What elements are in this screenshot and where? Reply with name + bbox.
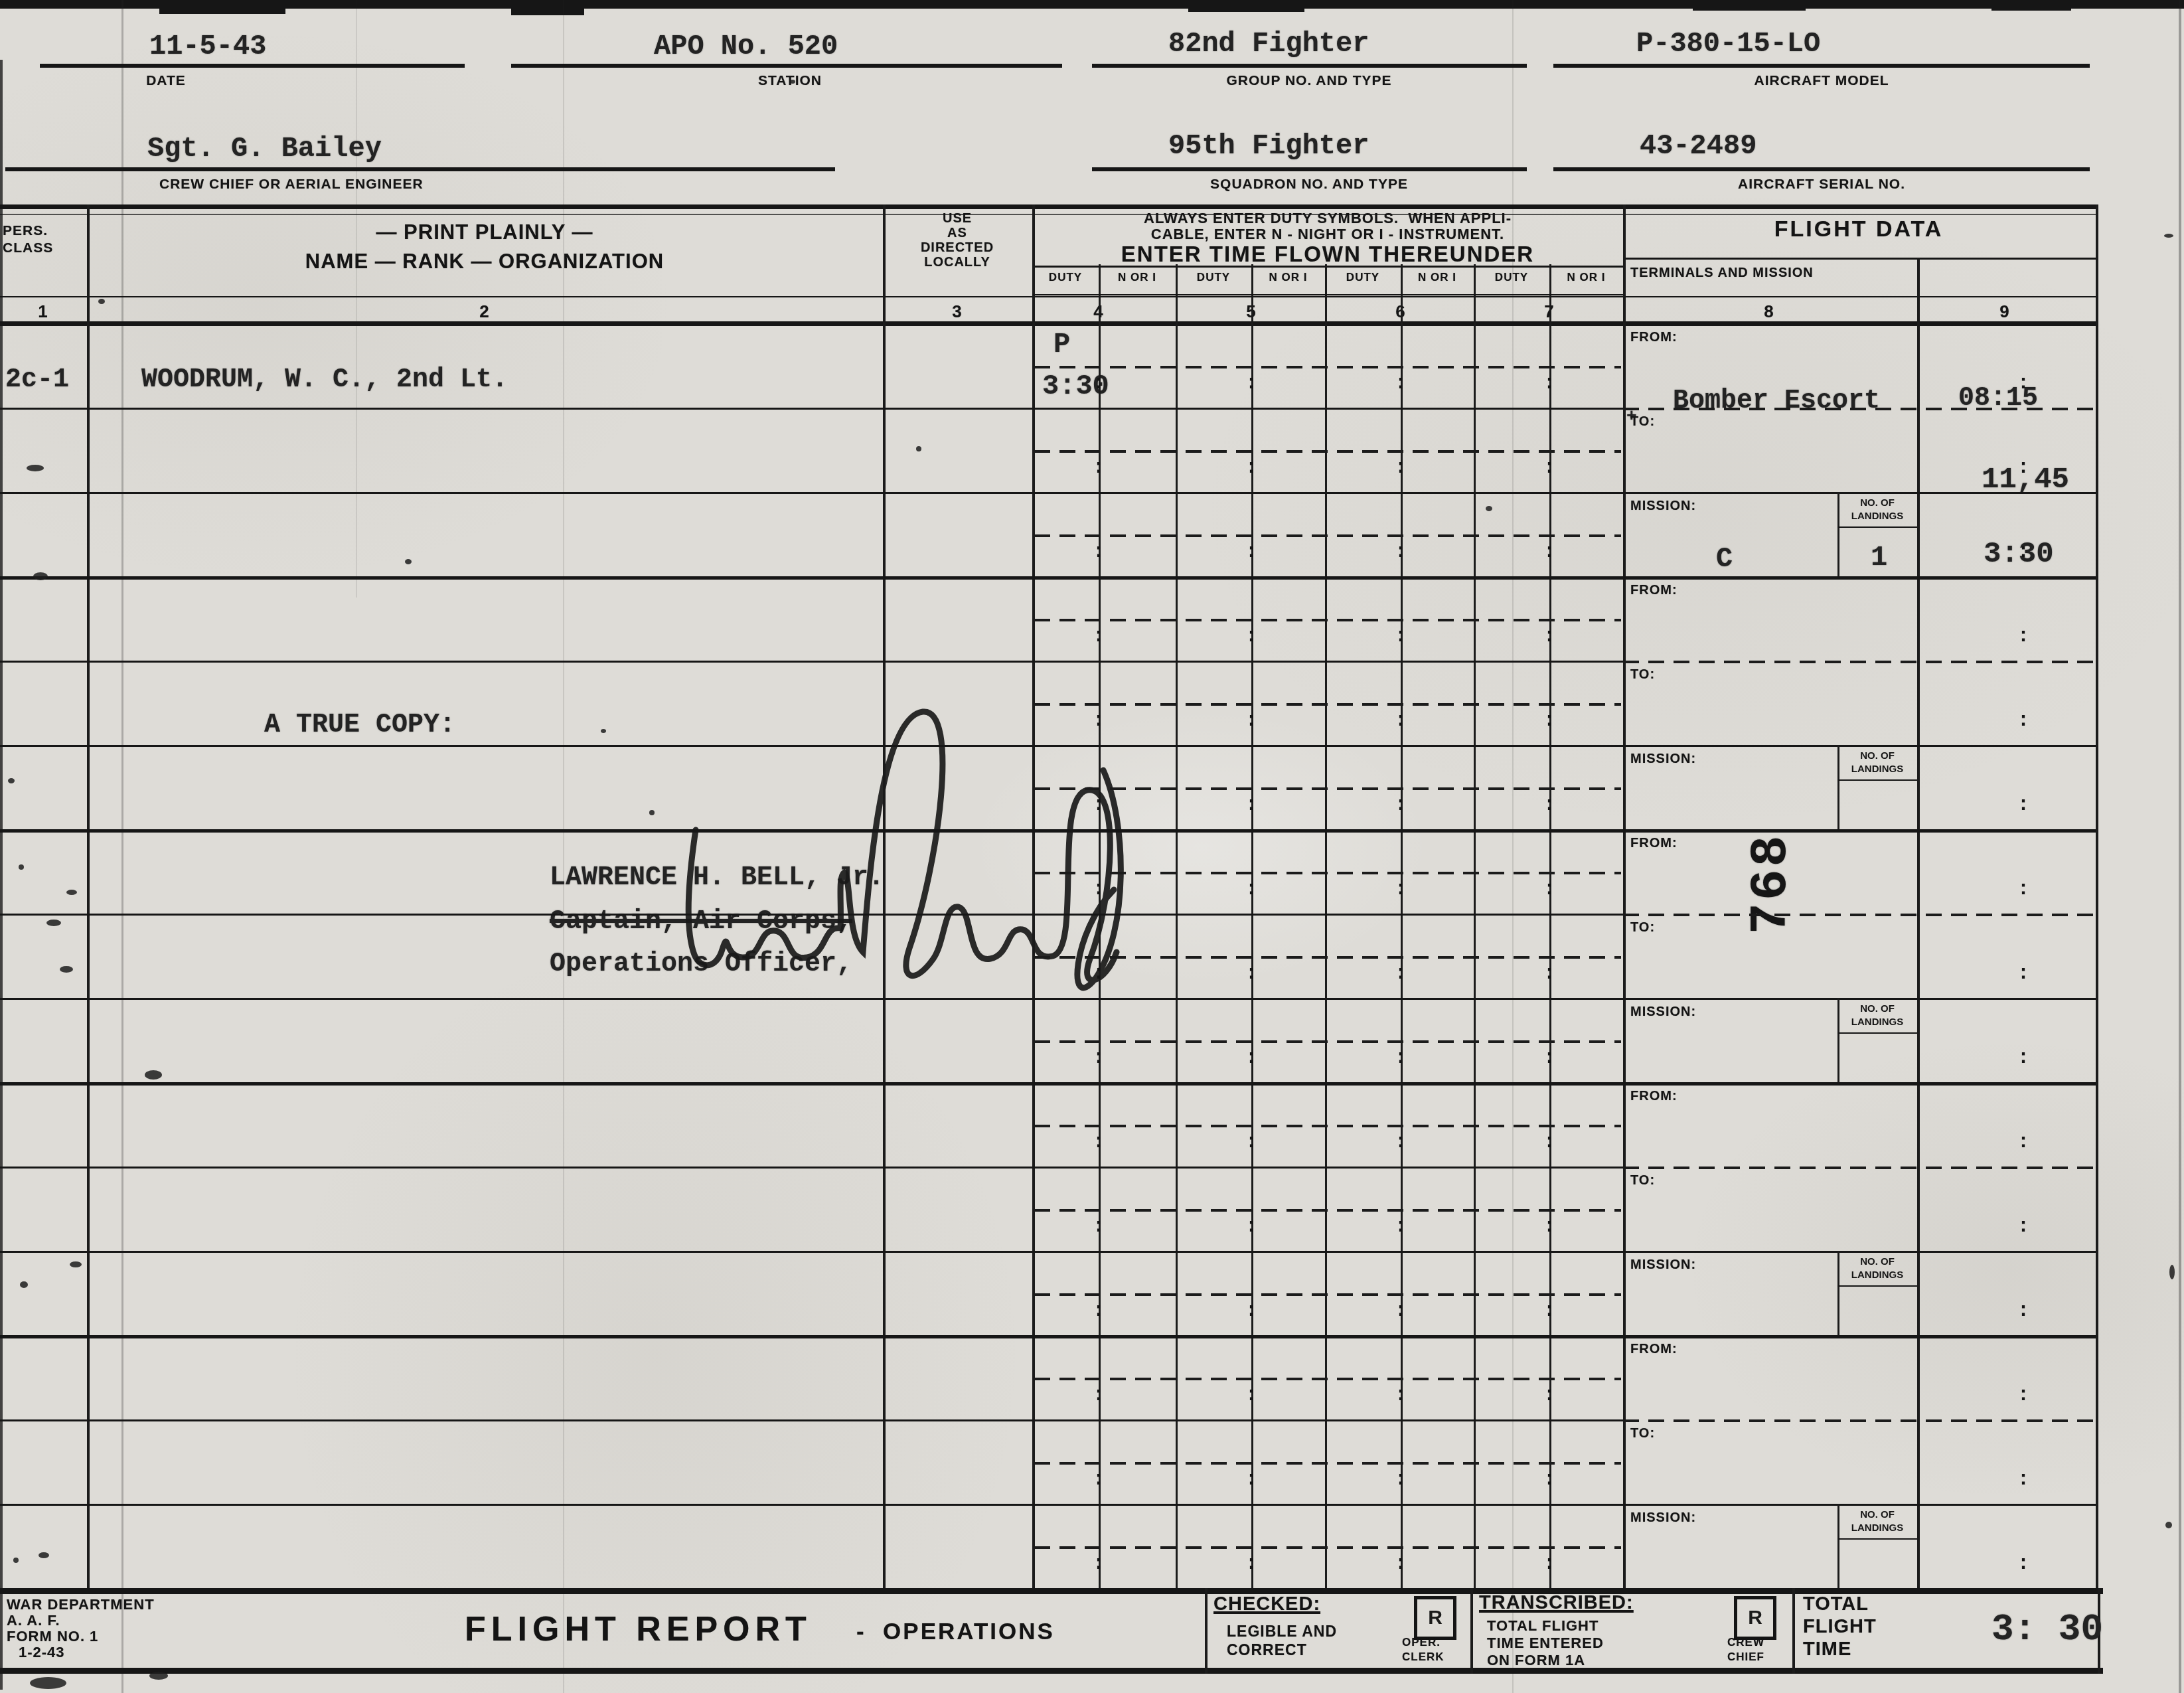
flight-row-dashed-border [1623,1419,2096,1422]
form-title-suffix: - OPERATIONS [856,1619,1055,1645]
preprinted-colon: : [2017,1553,2029,1575]
duty-subheader: DUTY [1049,271,1082,284]
duty-entry-dashed-line [1034,619,1621,621]
ink-speck [405,559,412,564]
mission-label: MISSION: [1630,1005,1696,1020]
terminals-mission-header: TERMINALS AND MISSION [1630,266,1814,281]
row-border [0,1167,1623,1169]
landings-label: NO. OF [1860,750,1895,762]
duty-entry-dashed-line [1034,787,1621,790]
duty-subheader: DUTY [1346,271,1379,284]
duty-note-divider [1032,266,1623,268]
duty-subheader-divider [1032,294,1623,295]
landings-label-underline [1837,1032,1917,1034]
preprinted-colon: : [1245,1131,1257,1154]
row-border [0,1251,1623,1253]
preprinted-colon: : [1093,1216,1105,1238]
preprinted-colon: : [1395,372,1407,395]
to-label: TO: [1630,1173,1655,1188]
scan-top-blob [159,0,285,14]
true-copy-label: A TRUE COPY: [264,710,455,740]
landings-label: LANDINGS [1851,511,1903,522]
to-label: TO: [1630,414,1655,430]
form-org: WAR DEPARTMENT [7,1596,155,1613]
preprinted-colon: : [2017,963,2029,985]
preprinted-colon: : [2017,878,2029,901]
preprinted-colon: : [1245,1300,1257,1323]
form-title: FLIGHT REPORT [465,1609,812,1649]
preprinted-colon: : [1543,372,1555,395]
scan-right-edge [2179,0,2181,1693]
duty-entry-dashed-line [1034,1546,1621,1549]
preprinted-colon: : [2017,1300,2029,1323]
preprinted-colon: : [1395,541,1407,564]
from-label: FROM: [1630,1089,1677,1104]
duty-subheader: DUTY [1197,271,1230,284]
ink-speck [790,80,795,84]
preprinted-colon: : [2017,1131,2029,1154]
fold-line [356,0,357,598]
preprinted-colon: : [1543,1047,1555,1070]
preprinted-colon: : [2017,625,2029,648]
duty-group-border [1176,264,1178,1588]
column-number: 8 [1764,301,1774,322]
squadron-underline [1092,167,1527,171]
nori-subheader: N OR I [1567,271,1606,284]
flight-row-dashed-border [1623,914,2096,916]
flight-from-terminal: Bomber Escort [1673,386,1880,416]
duty-entry-dashed-line [1034,1293,1621,1296]
flight-mission-code: C [1716,543,1733,575]
preprinted-colon: : [1093,710,1105,732]
group-label: GROUP NO. AND TYPE [1226,73,1391,89]
to-label: TO: [1630,1426,1655,1441]
duty-group-border [1474,264,1476,1588]
duty-entry-dashed-line [1034,1378,1621,1380]
scan-top-blob [1991,0,2071,11]
flight-row-border [1623,576,2096,580]
table-column-border [2096,204,2098,1588]
ink-speck [13,1558,19,1563]
aircraft-model-label: AIRCRAFT MODEL [1755,73,1889,89]
preprinted-colon: : [1245,963,1257,985]
nori-subheader: N OR I [1118,271,1156,284]
preprinted-colon: : [1543,1469,1555,1491]
table-column-border [1623,204,1626,1588]
preprinted-colon: : [1093,625,1105,648]
preprinted-colon: : [1245,1469,1257,1491]
mission-label: MISSION: [1630,1257,1696,1273]
row-border [0,1335,1623,1338]
group-underline [1092,64,1527,68]
duty-note: ALWAYS ENTER DUTY SYMBOLS. WHEN APPLI- [1144,210,1512,227]
preprinted-colon: : [2017,1047,2029,1070]
flight-data-divider [1623,258,2096,260]
preprinted-colon: : [1543,541,1555,564]
column-number: 9 [1999,301,2009,322]
oper-clerk-role: CLERK [1402,1651,1444,1664]
crew-chief-initials-box: R [1734,1596,1776,1640]
duty-entry-dashed-line [1034,450,1621,453]
ink-speck [60,966,73,973]
preprinted-colon: : [2017,1216,2029,1238]
preprinted-colon: : [1093,1047,1105,1070]
preprinted-colon: : [2017,794,2029,817]
mission-label: MISSION: [1630,752,1696,767]
preprinted-colon: : [1543,1300,1555,1323]
ink-speck [8,778,15,783]
transcribed-label: TRANSCRIBED: [1479,1592,1634,1614]
preprinted-colon: : [1543,625,1555,648]
duty-note: CABLE, ENTER N - NIGHT OR I - INSTRUMENT… [1151,226,1504,243]
squadron-label: SQUADRON NO. AND TYPE [1210,177,1408,193]
landings-box-border [1837,1251,1839,1335]
duty-entry-dashed-line [1034,872,1621,874]
date-label: DATE [146,73,186,89]
preprinted-colon: : [1093,372,1105,395]
landings-label-underline [1837,526,1917,528]
row-border [0,408,1623,410]
ink-speck [649,810,655,815]
crew-chief-value: Sgt. G. Bailey [147,133,382,165]
flight-report-scan: 11-5-43 DATE APO No. 520 STATION 82nd Fi… [0,0,2184,1693]
oper-clerk-initial: R [1428,1607,1443,1629]
ink-speck [20,1281,28,1288]
preprinted-colon: : [1395,625,1407,648]
total-flight-time-label: FLIGHT [1803,1616,1877,1638]
from-label: FROM: [1630,330,1677,345]
flight-row-dashed-border [1623,408,2096,410]
landings-box-border [1837,492,1839,576]
preprinted-colon: : [1245,710,1257,732]
preprinted-colon: : [1093,878,1105,901]
table-column-border [1917,258,1920,1588]
landings-label: LANDINGS [1851,764,1903,775]
to-label: TO: [1630,920,1655,935]
crew-chief-initial: R [1748,1607,1762,1629]
table-column-border [883,204,886,1588]
preprinted-colon: : [1245,878,1257,901]
landings-label: LANDINGS [1851,1016,1903,1028]
landings-label-underline [1837,779,1917,781]
crew-chief-role: CREW [1727,1636,1764,1649]
column-number: 1 [38,301,48,322]
total-flight-time-value: 3: 30 [1991,1608,2103,1651]
row-border [0,1082,1623,1086]
fold-line [121,0,123,1693]
preprinted-colon: : [1543,1131,1555,1154]
scan-top-blob [511,0,584,15]
landings-label-underline [1837,1538,1917,1540]
duty-entry-dashed-line [1034,534,1621,537]
form-date: 1-2-43 [19,1644,65,1661]
flight-row-border [1623,492,2096,494]
crew-chief-underline [5,167,835,171]
preprinted-colon: : [2017,541,2029,564]
preprinted-colon: : [1543,1553,1555,1575]
station-value: APO No. 520 [654,31,838,62]
mission-label: MISSION: [1630,1510,1696,1526]
duty-entry-dashed-line [1034,1040,1621,1043]
name-header-print-plainly: — PRINT PLAINLY — [376,220,593,244]
preprinted-colon: : [1245,794,1257,817]
row-border [0,998,1623,1000]
row-border [0,661,1623,663]
scan-top-blob [1693,0,1806,11]
preprinted-colon: : [1543,1384,1555,1407]
squadron-value: 95th Fighter [1168,130,1369,162]
total-flight-time-label: TIME [1803,1639,1851,1660]
ink-speck [149,1672,168,1680]
serial-label: AIRCRAFT SERIAL NO. [1738,177,1905,193]
landings-label: NO. OF [1860,1003,1895,1014]
ink-speck [46,920,61,926]
footer-divider [1470,1588,1473,1674]
row-border [0,829,1623,833]
to-label: TO: [1630,667,1655,683]
ink-speck [2164,234,2173,238]
preprinted-colon: : [1543,878,1555,901]
ink-speck [1486,506,1492,511]
preprinted-colon: : [2017,710,2029,732]
flight-row-dashed-border [1623,1167,2096,1169]
duty-note-enter-time: ENTER TIME FLOWN THEREUNDER [1121,242,1534,267]
preprinted-colon: : [1395,878,1407,901]
use-locally-header: AS [947,226,967,241]
preprinted-colon: : [1395,1216,1407,1238]
aircraft-model-underline [1553,64,2090,68]
form-number: FORM NO. 1 [7,1628,98,1645]
preprinted-colon: : [1395,1300,1407,1323]
preprinted-colon: : [1245,1384,1257,1407]
preprinted-colon: : [1395,794,1407,817]
preprinted-colon: : [1093,1131,1105,1154]
ink-speck [2169,1265,2175,1279]
preprinted-colon: : [1093,1553,1105,1575]
row-border [0,576,1623,580]
serial-value: 43-2489 [1640,130,1756,162]
form-org: A. A. F. [7,1612,60,1629]
ink-speck [66,890,77,895]
duty-entry-dashed-line [1034,703,1621,706]
duty-entry-dashed-line [1034,1462,1621,1465]
preprinted-colon: : [1543,457,1555,479]
footer-bottom-border [0,1668,2103,1674]
entry-name: WOODRUM, W. C., 2nd Lt. [141,365,508,395]
date-value: 11-5-43 [149,31,266,62]
ink-speck [601,729,606,733]
transcribed-desc: ON FORM 1A [1487,1652,1585,1669]
crew-chief-label: CREW CHIEF OR AERIAL ENGINEER [159,177,424,193]
preprinted-colon: : [1543,963,1555,985]
serial-underline [1553,167,2090,171]
duty-entry-dashed-line [1034,366,1621,368]
date-underline [40,64,465,68]
preprinted-colon: : [2017,457,2029,479]
preprinted-colon: : [1245,1553,1257,1575]
entry-pers-class: 2c-1 [5,365,69,395]
preprinted-colon: : [1093,1300,1105,1323]
preprinted-colon: : [1245,1216,1257,1238]
preprinted-colon: : [1245,541,1257,564]
preprinted-colon: : [1543,794,1555,817]
crew-chief-role: CHIEF [1727,1651,1764,1664]
landings-label: NO. OF [1860,497,1895,509]
table-top-border [0,204,2098,209]
landings-box-border [1837,998,1839,1082]
use-locally-header: USE [943,211,972,226]
transcribed-desc: TOTAL FLIGHT [1487,1617,1599,1635]
station-underline [511,64,1062,68]
preprinted-colon: : [1093,541,1105,564]
ink-speck [145,1070,162,1080]
from-label: FROM: [1630,1342,1677,1357]
column-number: 2 [479,301,489,322]
ink-speck [70,1261,82,1267]
preprinted-colon: : [2017,1469,2029,1491]
aircraft-model-value: P-380-15-LO [1636,28,1820,60]
flight-row-dashed-border [1623,661,2096,663]
preprinted-colon: : [1245,372,1257,395]
use-locally-header: DIRECTED [921,240,994,256]
preprinted-colon: : [1395,1384,1407,1407]
flight-row-border [1623,1251,2096,1253]
oper-clerk-initials-box: R [1414,1596,1456,1640]
signature [670,671,1162,1016]
column-number: 3 [952,301,962,322]
preprinted-colon: : [2017,1384,2029,1407]
preprinted-colon: : [1245,1047,1257,1070]
from-label: FROM: [1630,583,1677,598]
checked-label: CHECKED: [1213,1593,1320,1615]
mission-label: MISSION: [1630,499,1696,514]
preprinted-colon: : [1093,794,1105,817]
row-border [0,1419,1623,1421]
use-locally-header: LOCALLY [924,255,990,270]
flight-data-header: FLIGHT DATA [1774,216,1944,242]
preprinted-colon: : [1093,457,1105,479]
ink-speck [2165,1522,2172,1528]
pers-class-header: CLASS [3,240,53,256]
duty-entry-dashed-line [1034,1125,1621,1127]
preprinted-colon: : [1395,1469,1407,1491]
preprinted-colon: : [1395,1047,1407,1070]
entry-duty-symbol: P [1053,329,1070,361]
row-border [0,1504,1623,1506]
flight-row-border [1623,829,2096,833]
preprinted-colon: : [1093,963,1105,985]
duty-group-border [1325,264,1327,1588]
landings-label: LANDINGS [1851,1269,1903,1281]
landings-label: NO. OF [1860,1509,1895,1520]
number-row-divider [0,296,2096,297]
row-border [0,914,1623,916]
scan-top-blob [1188,0,1304,12]
landings-box-border [1837,1504,1839,1588]
duty-subheader: DUTY [1495,271,1528,284]
landings-box-border [1837,745,1839,829]
footer-top-border [0,1588,2103,1594]
preprinted-colon: : [1395,710,1407,732]
nori-subheader: N OR I [1269,271,1308,284]
table-column-border [1032,204,1035,1588]
landings-label-underline [1837,1285,1917,1287]
name-header: NAME — RANK — ORGANIZATION [305,250,664,274]
nori-subheader: N OR I [1418,271,1456,284]
checked-desc: LEGIBLE AND [1227,1623,1337,1641]
landings-label: NO. OF [1860,1256,1895,1267]
table-column-border [87,204,90,1588]
total-flight-time-label: TOTAL [1803,1593,1869,1615]
preprinted-colon: : [1093,1469,1105,1491]
checked-desc: CORRECT [1227,1641,1307,1659]
preprinted-colon: : [1245,457,1257,479]
footer-divider [1205,1588,1208,1674]
from-label: FROM: [1630,836,1677,851]
ink-speck [39,1552,49,1558]
flight-row-border [1623,1082,2096,1086]
ink-speck [33,572,48,580]
preprinted-colon: : [1395,457,1407,479]
table-body-top-border [0,321,2098,326]
handwritten-768: 768 [1743,821,1809,934]
row-border [0,745,1623,747]
footer-divider [1792,1588,1795,1674]
pers-class-header: PERS. [3,223,48,239]
oper-clerk-role: OPER. [1402,1636,1441,1649]
scan-left-edge [0,60,3,1690]
ink-speck [916,446,921,451]
preprinted-colon: : [1093,1384,1105,1407]
duty-entry-dashed-line [1034,956,1621,959]
flight-row-border [1623,998,2096,1000]
table-top-border-inner [0,214,2098,215]
scan-top-edge [0,0,2184,9]
ink-speck [98,299,105,304]
preprinted-colon: : [1245,625,1257,648]
preprinted-colon: : [1543,710,1555,732]
row-border [0,492,1623,494]
preprinted-colon: : [2017,372,2029,395]
flight-row-border [1623,745,2096,747]
flight-row-border [1623,1504,2096,1506]
duty-entry-dashed-line [1034,1209,1621,1212]
ink-speck [27,465,44,471]
transcribed-desc: TIME ENTERED [1487,1635,1604,1652]
flight-landings: 1 [1871,542,1887,574]
group-value: 82nd Fighter [1168,28,1369,60]
ink-speck [19,864,24,870]
preprinted-colon: : [1543,1216,1555,1238]
preprinted-colon: : [1395,1131,1407,1154]
preprinted-colon: : [1395,1553,1407,1575]
preprinted-colon: : [1395,963,1407,985]
landings-label: LANDINGS [1851,1522,1903,1534]
ink-speck [30,1677,66,1689]
flight-row-border [1623,1335,2096,1338]
